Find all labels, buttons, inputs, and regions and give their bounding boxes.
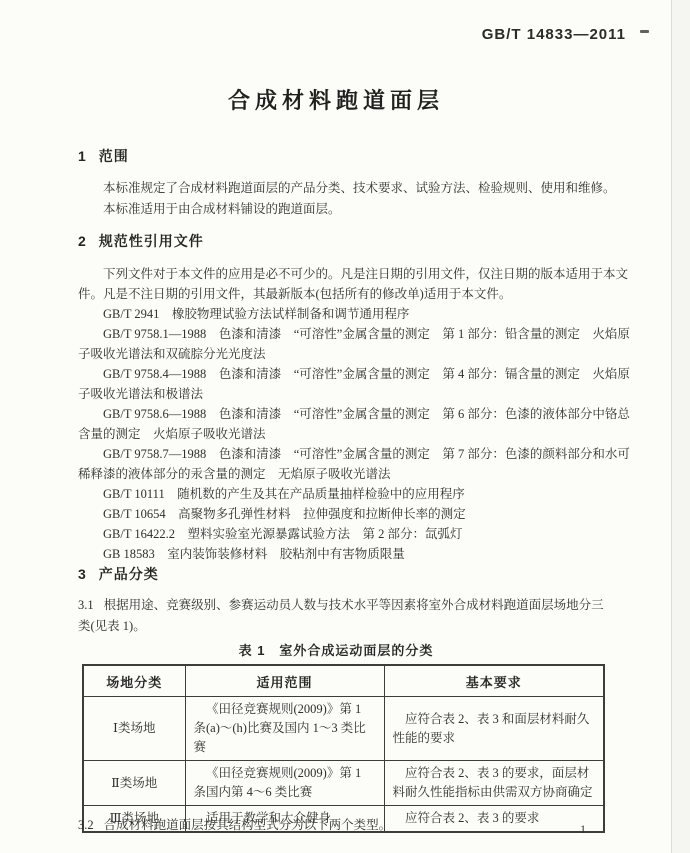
section-2-body: 下列文件对于本文件的应用是必不可少的。凡是注日期的引用文件，仅注日期的版本适用于… bbox=[78, 264, 630, 564]
standard-code: GB/T 14833—2011 bbox=[482, 26, 626, 43]
reference-item: GB/T 9758.4—1988 色漆和清漆 “可溶性”金属含量的测定 第 4 … bbox=[78, 364, 630, 404]
cell-requirement: 应符合表 2、表 3 和面层材料耐久性能的要求 bbox=[384, 697, 604, 761]
section-2-number: 2 bbox=[78, 233, 86, 249]
page-number: 1 bbox=[580, 822, 586, 837]
references-intro: 下列文件对于本文件的应用是必不可少的。凡是注日期的引用文件，仅注日期的版本适用于… bbox=[78, 264, 630, 304]
reference-item: GB/T 10654 高聚物多孔弹性材料 拉伸强度和拉断伸长率的测定 bbox=[78, 504, 630, 524]
reference-item: GB/T 9758.1—1988 色漆和清漆 “可溶性”金属含量的测定 第 1 … bbox=[78, 324, 630, 364]
document-page: GB/T 14833—2011 合成材料跑道面层 1范围 本标准规定了合成材料跑… bbox=[0, 0, 690, 853]
table-row: Ⅱ类场地 《田径竞赛规则(2009)》第 1 条国内第 4～6 类比赛 应符合表… bbox=[83, 761, 604, 806]
reference-item: GB/T 9758.6—1988 色漆和清漆 “可溶性”金属含量的测定 第 6 … bbox=[78, 404, 630, 444]
clause-3-2: 3.2合成材料跑道面层按其结构型式分为以下两个类型。 bbox=[78, 815, 630, 836]
section-3-title: 产品分类 bbox=[99, 566, 159, 582]
clause-3-1-text: 根据用途、竞赛级别、参赛运动员人数与技术水平等因素将室外合成材料跑道面层场地分三… bbox=[78, 598, 604, 633]
clause-3-1: 3.1根据用途、竞赛级别、参赛运动员人数与技术水平等因素将室外合成材料跑道面层场… bbox=[78, 595, 612, 637]
section-1-heading: 1范围 bbox=[78, 146, 129, 166]
table-header-category: 场地分类 bbox=[83, 665, 185, 697]
reference-item: GB/T 16422.2 塑料实验室光源暴露试验方法 第 2 部分：氙弧灯 bbox=[78, 524, 630, 544]
section-3-number: 3 bbox=[78, 566, 86, 582]
scan-page-edge bbox=[671, 0, 690, 853]
table-row: Ⅰ类场地 《田径竞赛规则(2009)》第 1 条(a)～(h)比赛及国内 1～3… bbox=[83, 697, 604, 761]
cell-category: Ⅰ类场地 bbox=[83, 697, 185, 761]
table-1-classification: 场地分类 适用范围 基本要求 Ⅰ类场地 《田径竞赛规则(2009)》第 1 条(… bbox=[82, 664, 605, 833]
clause-3-1-number: 3.1 bbox=[78, 598, 94, 612]
clause-3-2-text: 合成材料跑道面层按其结构型式分为以下两个类型。 bbox=[104, 818, 392, 832]
section-1-number: 1 bbox=[78, 148, 86, 164]
table-header-row: 场地分类 适用范围 基本要求 bbox=[83, 665, 604, 697]
reference-item: GB/T 10111 随机数的产生及其在产品质量抽样检验中的应用程序 bbox=[78, 484, 630, 504]
reference-item: GB 18583 室内装饰装修材料 胶粘剂中有害物质限量 bbox=[78, 544, 630, 564]
reference-item: GB/T 9758.7—1988 色漆和清漆 “可溶性”金属含量的测定 第 7 … bbox=[78, 444, 630, 484]
section-2-heading: 2规范性引用文件 bbox=[78, 231, 204, 251]
table-header-requirement: 基本要求 bbox=[384, 665, 604, 697]
cell-requirement: 应符合表 2、表 3 的要求，面层材料耐久性能指标由供需双方协商确定 bbox=[384, 761, 604, 806]
table-header-scope: 适用范围 bbox=[185, 665, 384, 697]
section-1-title: 范围 bbox=[99, 148, 129, 164]
cell-scope: 《田径竞赛规则(2009)》第 1 条(a)～(h)比赛及国内 1～3 类比赛 bbox=[185, 697, 384, 761]
section-1-body: 本标准规定了合成材料跑道面层的产品分类、技术要求、试验方法、检验规则、使用和维修… bbox=[78, 178, 630, 220]
table-1-caption: 表 1 室外合成运动面层的分类 bbox=[0, 640, 672, 659]
reference-item: GB/T 2941 橡胶物理试验方法试样制备和调节通用程序 bbox=[78, 304, 630, 324]
clause-3-2-number: 3.2 bbox=[78, 818, 94, 832]
scan-artifact-dash bbox=[640, 30, 649, 33]
scope-paragraph-2: 本标准适用于由合成材料铺设的跑道面层。 bbox=[78, 199, 630, 220]
document-title: 合成材料跑道面层 bbox=[0, 84, 672, 115]
cell-scope: 《田径竞赛规则(2009)》第 1 条国内第 4～6 类比赛 bbox=[185, 761, 384, 806]
scope-paragraph-1: 本标准规定了合成材料跑道面层的产品分类、技术要求、试验方法、检验规则、使用和维修… bbox=[78, 178, 630, 199]
cell-category: Ⅱ类场地 bbox=[83, 761, 185, 806]
section-2-title: 规范性引用文件 bbox=[99, 233, 204, 249]
section-3-heading: 3产品分类 bbox=[78, 564, 159, 584]
